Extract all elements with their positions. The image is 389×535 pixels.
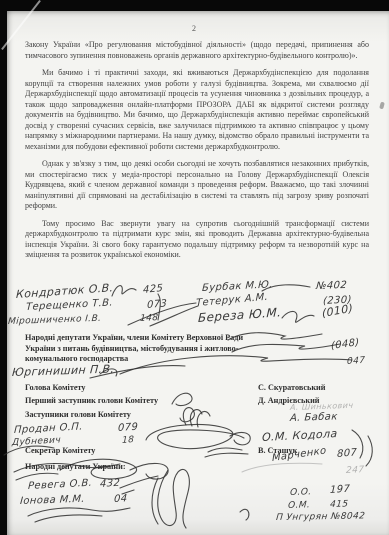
paragraph: Ми бачимо і ті практичні заходи, які вжи… [25,68,369,152]
signatory-name: Д. Андрієвський [258,396,320,405]
signature-roles: Голова Комітету С. Скуратовський Перший … [25,383,377,460]
committee-caption: Народні депутати України, члени Комітету… [25,333,263,365]
scan-artifact [379,102,385,110]
paragraph: Тому просимо Вас звернути увагу на супро… [25,219,369,261]
document-body: Закону України «Про регулювання містобуд… [25,40,369,268]
paragraph: Однак у зв'язку з тим, що деякі особи сь… [25,159,369,212]
role-row: Голова Комітету С. Скуратовський [25,383,377,396]
scanned-document: 2 Закону України «Про регулювання містоб… [0,0,389,535]
signatory-name: С. Скуратовський [258,383,326,392]
deputies-caption: Народні депутати України: [25,462,126,471]
role-row: Перший заступник голови Комітету Д. Андр… [25,396,377,409]
page-number: 2 [0,24,389,33]
role-label: Перший заступник голови Комітету [25,396,158,405]
role-label: Заступники голови Комітету [25,410,131,419]
role-label: Голова Комітету [25,383,86,392]
role-row: Секретар Комітету В. Сташук [25,446,377,459]
role-row: Заступники голови Комітету [25,410,377,423]
signatory-name: В. Сташук [258,446,297,455]
paragraph: Закону України «Про регулювання містобуд… [25,40,369,61]
role-label: Секретар Комітету [25,446,95,455]
